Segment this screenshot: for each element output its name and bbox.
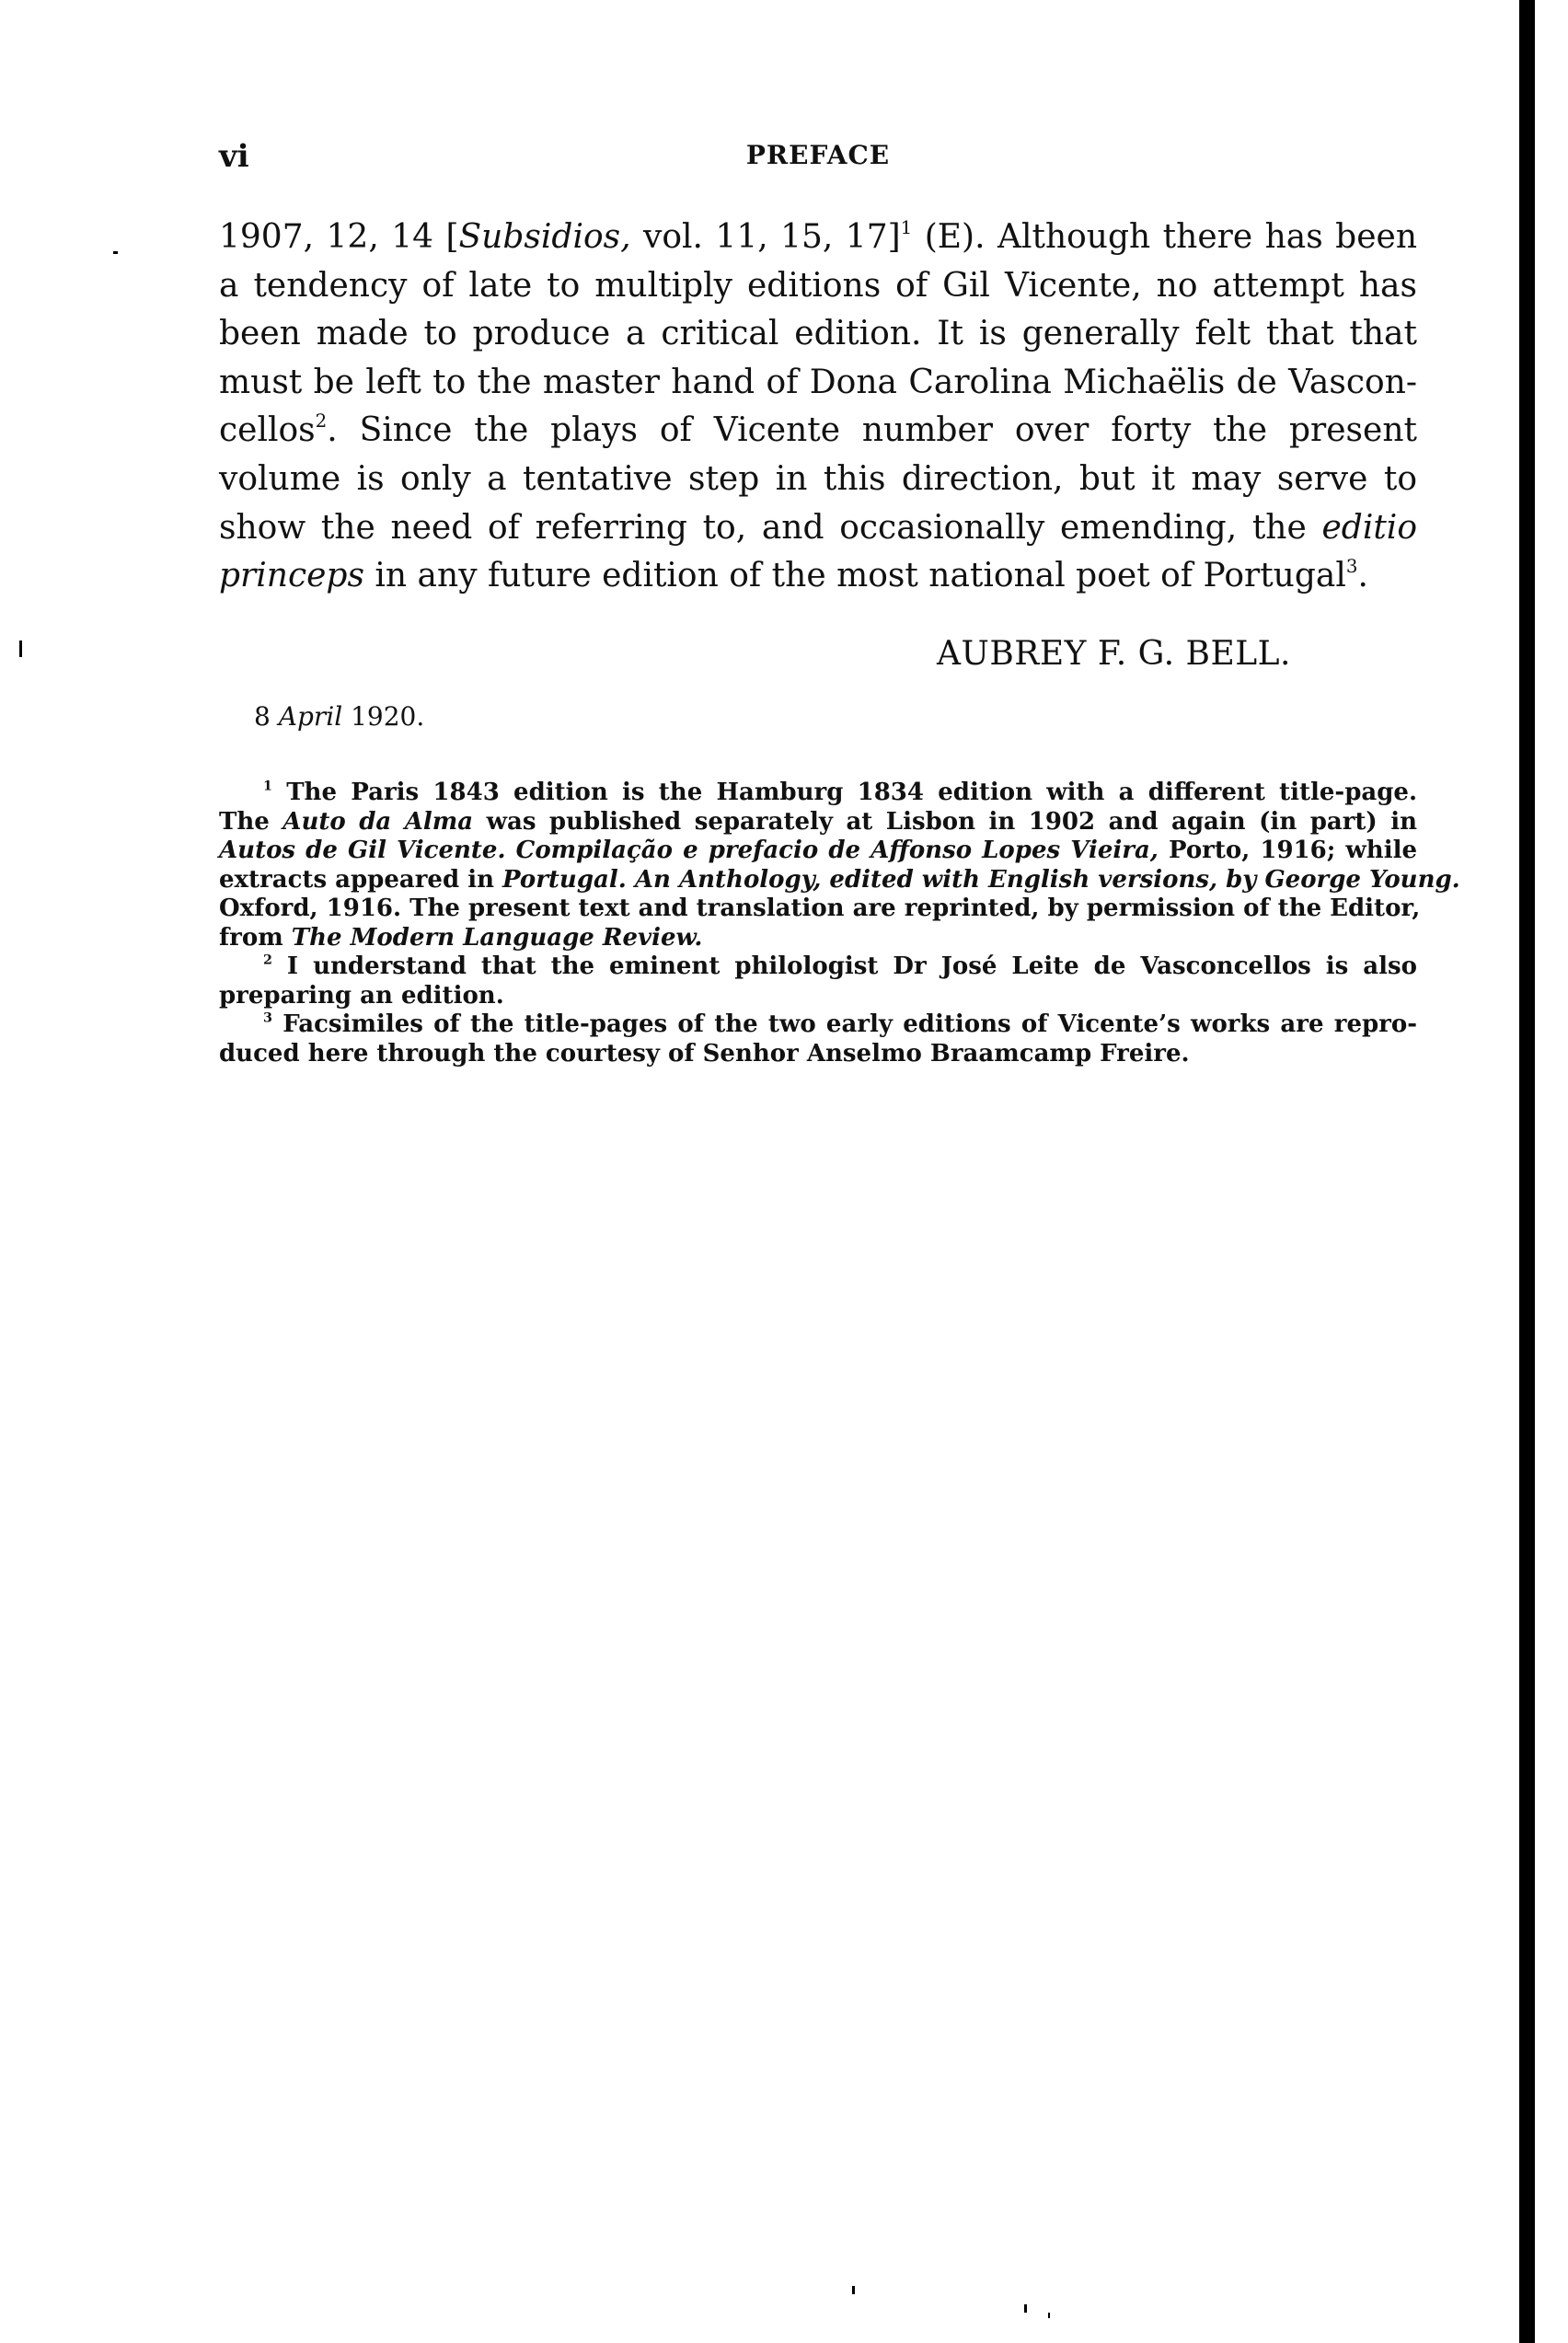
text-run: . Since the plays of Vicente number over… bbox=[327, 411, 1417, 449]
text-run: cellos bbox=[219, 411, 316, 449]
italic-text: editio bbox=[1321, 509, 1417, 547]
footnote-marker: 3 bbox=[263, 1010, 272, 1025]
preface-date: 8 April 1920. bbox=[254, 701, 424, 732]
text-run: vol. 11, 15, 17] bbox=[631, 218, 901, 256]
footnote-marker: 2 bbox=[316, 411, 328, 433]
footnotes: 1 The Paris 1843 edition is the Hamburg … bbox=[219, 779, 1417, 1068]
scan-speck bbox=[1024, 2304, 1027, 2313]
text-run: 1907, 12, 14 [ bbox=[219, 218, 459, 256]
footnote-marker: 1 bbox=[901, 217, 913, 238]
text-run: (E). Although there has been bbox=[912, 218, 1417, 256]
preface-body: 1907, 12, 14 [Subsidios, vol. 11, 15, 17… bbox=[219, 214, 1417, 601]
footnote-line: duced here through the courtesy of Senho… bbox=[219, 1040, 1417, 1069]
footnote-marker: 1 bbox=[263, 779, 272, 793]
text-run: The Paris 1843 edition is the Hamburg 18… bbox=[272, 779, 1417, 806]
text-run: in any future edition of the most nation… bbox=[364, 557, 1346, 594]
text-run: The bbox=[219, 808, 282, 836]
body-line: been made to produce a critical edition.… bbox=[219, 310, 1417, 359]
running-head: vi PREFACE bbox=[219, 138, 1417, 175]
text-run: Facsimiles of the title-pages of the two… bbox=[272, 1010, 1417, 1038]
italic-text: princeps bbox=[219, 557, 364, 594]
footnote-line: from The Modern Language Review. bbox=[219, 924, 1417, 953]
text-run: duced here through the courtesy of Senho… bbox=[219, 1040, 1190, 1068]
italic-text: Portugal. An Anthology, edited with Engl… bbox=[502, 866, 1460, 894]
footnote-marker: 3 bbox=[1346, 556, 1358, 577]
footnote-line: The Auto da Alma was published separatel… bbox=[219, 808, 1417, 837]
footnote-line: extracts appeared in Portugal. An Anthol… bbox=[219, 866, 1417, 895]
footnote-line: Autos de Gil Vicente. Compilação e prefa… bbox=[219, 837, 1417, 866]
text-run: preparing an edition. bbox=[219, 982, 504, 1010]
date-year: 1920. bbox=[342, 701, 424, 732]
italic-text: Subsidios, bbox=[459, 218, 631, 256]
body-line: a tendency of late to multiply editions … bbox=[219, 262, 1417, 311]
italic-text: Autos de Gil Vicente. Compilação e prefa… bbox=[219, 837, 1159, 864]
body-line: 1907, 12, 14 [Subsidios, vol. 11, 15, 17… bbox=[219, 214, 1417, 262]
scan-speck bbox=[113, 251, 118, 254]
body-line: cellos2. Since the plays of Vicente numb… bbox=[219, 407, 1417, 456]
footnote-line: preparing an edition. bbox=[219, 982, 1417, 1011]
text-run: extracts appeared in bbox=[219, 866, 502, 894]
page-title: PREFACE bbox=[219, 140, 1417, 170]
text-run: from bbox=[219, 924, 292, 952]
italic-text: The Modern Language Review. bbox=[292, 924, 703, 952]
text-run: Oxford, 1916. The present text and trans… bbox=[219, 894, 1420, 922]
text-run: volume is only a tentative step in this … bbox=[219, 460, 1417, 498]
scan-speck bbox=[1048, 2313, 1050, 2318]
text-run: was published separately at Lisbon in 19… bbox=[473, 808, 1417, 836]
footnote-line: Oxford, 1916. The present text and trans… bbox=[219, 894, 1417, 924]
footnote-2: 2 I understand that the eminent philolog… bbox=[219, 952, 1417, 1010]
body-line: princeps in any future edition of the mo… bbox=[219, 552, 1417, 601]
body-line: must be left to the master hand of Dona … bbox=[219, 359, 1417, 408]
text-run: show the need of referring to, and occas… bbox=[219, 509, 1321, 547]
date-day: 8 bbox=[254, 701, 279, 732]
text-run: must be left to the master hand of Dona … bbox=[219, 364, 1417, 401]
text-run: . bbox=[1357, 557, 1367, 594]
footnote-3: 3 Facsimiles of the title-pages of the t… bbox=[219, 1010, 1417, 1068]
body-line: volume is only a tentative step in this … bbox=[219, 456, 1417, 504]
footnote-line: 2 I understand that the eminent philolog… bbox=[219, 952, 1417, 982]
footnote-line: 1 The Paris 1843 edition is the Hamburg … bbox=[219, 779, 1417, 808]
text-run: Porto, 1916; while bbox=[1159, 837, 1417, 864]
author-signature: AUBREY F. G. BELL. bbox=[937, 635, 1291, 673]
book-page: vi PREFACE 1907, 12, 14 [Subsidios, vol.… bbox=[0, 0, 1568, 2343]
footnote-line: 3 Facsimiles of the title-pages of the t… bbox=[219, 1010, 1417, 1040]
footnote-1: 1 The Paris 1843 edition is the Hamburg … bbox=[219, 779, 1417, 952]
text-run: I understand that the eminent philologis… bbox=[272, 952, 1417, 980]
italic-text: Auto da Alma bbox=[282, 808, 473, 836]
scan-speck bbox=[19, 641, 22, 657]
scan-speck bbox=[852, 2286, 855, 2294]
date-month: April bbox=[279, 701, 342, 732]
body-line: show the need of referring to, and occas… bbox=[219, 504, 1417, 553]
text-run: been made to produce a critical edition.… bbox=[219, 315, 1417, 352]
scan-binding-edge bbox=[1519, 0, 1535, 2343]
footnote-marker: 2 bbox=[263, 952, 272, 967]
text-run: a tendency of late to multiply editions … bbox=[219, 267, 1417, 305]
